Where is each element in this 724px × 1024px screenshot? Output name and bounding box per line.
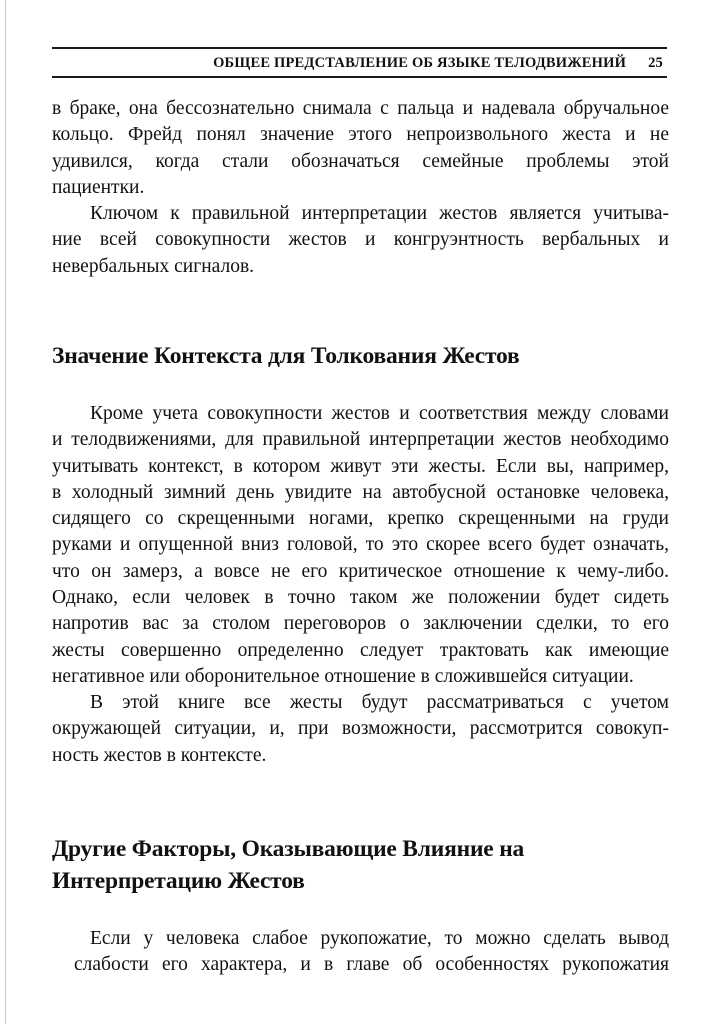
paragraph-book-approach: В этой книге все жесты будут рассматрива…: [52, 690, 669, 769]
heading-line: Другие Факторы, Оказывающие Влияние на: [52, 833, 524, 865]
text-line: учитывать контекст, в котором живут эти …: [52, 454, 669, 480]
header-rule-bottom: [52, 76, 667, 78]
text-line: Если у человека слабое рукопожатие, то м…: [74, 926, 669, 952]
text-line: и телодвижениями, для правильной интерпр…: [52, 427, 669, 453]
paragraph-context: Кроме учета совокупности жестов и соотве…: [52, 401, 669, 690]
header-row: ОБЩЕЕ ПРЕДСТАВЛЕНИЕ ОБ ЯЗЫКЕ ТЕЛОДВИЖЕНИ…: [52, 55, 667, 71]
text-line: слабости его характера, и в главе об осо…: [74, 952, 669, 978]
text-line: Кроме учета совокупности жестов и соотве…: [52, 401, 669, 427]
page-number: 25: [648, 55, 663, 71]
text-line: ность жестов в контексте.: [52, 743, 669, 769]
text-line: пациентки.: [52, 175, 669, 201]
running-head-title: ОБЩЕЕ ПРЕДСТАВЛЕНИЕ ОБ ЯЗЫКЕ ТЕЛОДВИЖЕНИ…: [213, 55, 626, 71]
text-line: окружающей ситуации, и, при возможности,…: [52, 716, 669, 742]
text-line: напротив вас за столом переговоров о зак…: [52, 611, 669, 637]
text-line: невербальных сигналов.: [52, 254, 669, 280]
text-line: руками и опущенной вниз головой, то это …: [52, 532, 669, 558]
section-heading-other-factors: Другие Факторы, Оказывающие Влияние на И…: [52, 833, 524, 897]
header-rule-top: [52, 47, 667, 49]
text-line: жесты совершенно определенно следует тра…: [52, 638, 669, 664]
text-line: Ключом к правильной интерпретации жестов…: [52, 201, 669, 227]
heading-line: Значение Контекста для Толкования Жестов: [52, 343, 520, 369]
paragraph-handshake: Если у человека слабое рукопожатие, то м…: [74, 926, 669, 979]
section-heading-context: Значение Контекста для Толкования Жестов: [52, 340, 520, 372]
page-edge-divider: [5, 0, 6, 1024]
text-line: в холодный зимний день увидите на автобу…: [52, 480, 669, 506]
text-line: негативное или оборонительное отношение …: [52, 664, 669, 690]
text-line: удивился, когда стали обозначаться семей…: [52, 149, 669, 175]
text-line: сидящего со скрещенными ногами, крепко с…: [52, 506, 669, 532]
running-head: ОБЩЕЕ ПРЕДСТАВЛЕНИЕ ОБ ЯЗЫКЕ ТЕЛОДВИЖЕНИ…: [52, 47, 667, 78]
text-line: Однако, если человек в точно таком же по…: [52, 585, 669, 611]
text-line: что он замерз, а вовсе не его критическо…: [52, 559, 669, 585]
paragraph-key-interpretation: Ключом к правильной интерпретации жестов…: [52, 201, 669, 280]
paragraph-freud-ring: в браке, она бессознательно снимала с па…: [52, 96, 669, 201]
text-line: в браке, она бессознательно снимала с па…: [52, 96, 669, 122]
heading-line: Интерпретацию Жестов: [52, 865, 524, 897]
text-line: ние всей совокупности жестов и конгруэнт…: [52, 227, 669, 253]
text-line: кольцо. Фрейд понял значение этого непро…: [52, 122, 669, 148]
text-line: В этой книге все жесты будут рассматрива…: [52, 690, 669, 716]
